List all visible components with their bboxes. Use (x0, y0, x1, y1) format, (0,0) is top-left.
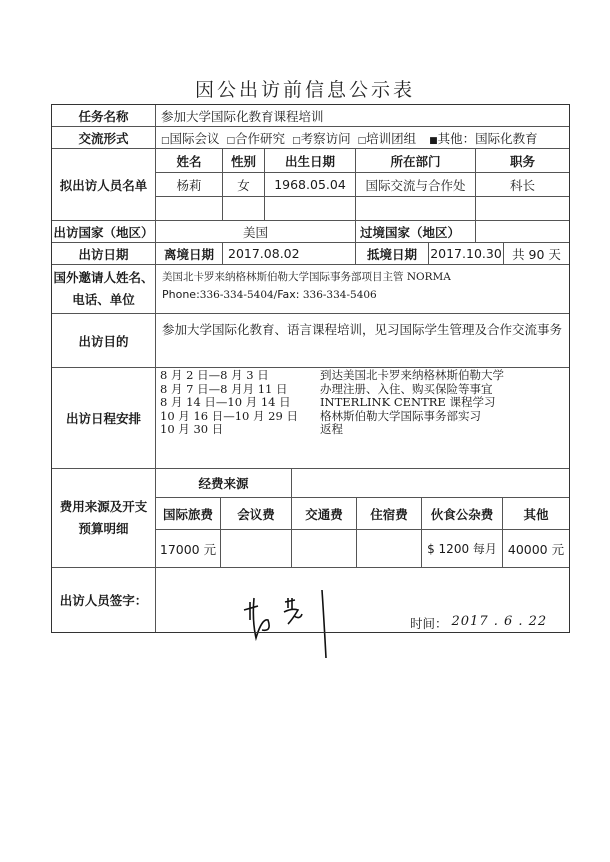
schedule-item: 8 月 7 日—8 月月 11 日办理注册、入住、购买保险等事宜 (160, 383, 504, 397)
schedule-item: 10 月 30 日 返程 (160, 423, 504, 437)
budget-value-lodging (356, 529, 422, 568)
signature-label: 出访人员签字： (51, 567, 156, 633)
budget-header-conference: 会议费 (220, 497, 292, 530)
person-birthdate-empty (264, 196, 356, 221)
return-date-label: 抵境日期 (355, 242, 429, 265)
exchange-form-label: 交流形式 (51, 126, 156, 149)
purpose-label: 出访目的 (51, 313, 156, 368)
person-name-empty (155, 196, 223, 221)
budget-value-intl-travel: 17000 元 (155, 529, 221, 568)
person-gender: 女 (222, 172, 265, 197)
task-name-value: 参加大学国际化教育课程培训 (155, 104, 570, 127)
budget-value-meals: $ 1200 每月 (421, 529, 503, 568)
exchange-form-options: □国际会议 □合作研究 □考察访问 □培训团组 ■其他：国际化教育 (155, 126, 570, 149)
col-header-birthdate: 出生日期 (264, 148, 356, 173)
checkbox-checked-icon[interactable]: ■ (429, 136, 438, 146)
page-title: 因公出访前信息公示表 (0, 75, 610, 102)
person-gender-empty (222, 196, 265, 221)
departure-date-label: 离境日期 (155, 242, 223, 265)
budget-label: 费用来源及开支 预算明细 (51, 468, 156, 568)
budget-value-other: 40000 元 (502, 529, 570, 568)
inviter-phone-fax: Phone:336-334-5404/Fax: 336-334-5406 (162, 286, 377, 304)
schedule-list: 8 月 2 日—8 月 3 日到达美国北卡罗来纳格林斯伯勒大学 8 月 7 日—… (160, 369, 504, 437)
option-cooperative-research[interactable]: □合作研究 (227, 129, 286, 147)
option-training-group[interactable]: □培训团组 (358, 129, 417, 147)
schedule-label: 出访日程安排 (51, 367, 156, 469)
person-name: 杨莉 (155, 172, 223, 197)
destination-country-label: 出访国家（地区） (51, 220, 156, 243)
person-position: 科长 (475, 172, 570, 197)
person-birthdate: 1968.05.04 (264, 172, 356, 197)
inviter-name-org: 美国北卡罗来纳格林斯伯勒大学国际事务部项目主管 NORMA (162, 269, 451, 286)
personnel-label: 拟出访人员名单 (51, 148, 156, 221)
signature-time: 时间： 2017 . 6 . 22 (410, 614, 547, 632)
budget-header-lodging: 住宿费 (356, 497, 422, 530)
schedule-item: 8 月 14 日—10 月 14 日INTERLINK CENTRE 课程学习 (160, 396, 504, 410)
departure-date-value: 2017.08.02 (222, 242, 356, 265)
option-study-visit[interactable]: □考察访问 (292, 129, 351, 147)
purpose-value: 参加大学国际化教育、语言课程培训，见习国际学生管理及合作交流事务 (155, 313, 570, 368)
funding-source-value (291, 468, 570, 498)
option-international-conference[interactable]: □国际会议 (161, 129, 220, 147)
checkbox-empty-icon[interactable]: □ (292, 136, 301, 146)
person-department-empty (355, 196, 476, 221)
time-value: 2017 . 6 . 22 (452, 614, 548, 632)
checkbox-empty-icon[interactable]: □ (358, 136, 367, 146)
signature-stroke-icon (240, 580, 340, 660)
person-position-empty (475, 196, 570, 221)
destination-country-value: 美国 (155, 220, 356, 243)
checkbox-empty-icon[interactable]: □ (227, 136, 236, 146)
return-date-value: 2017.10.30 (428, 242, 504, 265)
budget-header-other: 其他 (502, 497, 570, 530)
budget-header-transport: 交通费 (291, 497, 357, 530)
time-label: 时间： (410, 614, 448, 632)
inviter-value: 美国北卡罗来纳格林斯伯勒大学国际事务部项目主管 NORMA Phone:336-… (155, 264, 570, 314)
handwritten-signature (240, 580, 340, 660)
inviter-label: 国外邀请人姓名、 电话、单位 (51, 264, 156, 314)
budget-header-meals: 伙食公杂费 (421, 497, 503, 530)
col-header-name: 姓名 (155, 148, 223, 173)
option-other[interactable]: ■其他：国际化教育 (429, 129, 538, 147)
budget-value-transport (291, 529, 357, 568)
total-days: 共 90 天 (503, 242, 570, 265)
col-header-position: 职务 (475, 148, 570, 173)
budget-value-conference (220, 529, 292, 568)
schedule-item: 8 月 2 日—8 月 3 日到达美国北卡罗来纳格林斯伯勒大学 (160, 369, 504, 383)
col-header-department: 所在部门 (355, 148, 476, 173)
transit-country-value (475, 220, 570, 243)
budget-header-intl-travel: 国际旅费 (155, 497, 221, 530)
funding-source-label: 经费来源 (155, 468, 292, 498)
transit-country-label: 过境国家（地区） (355, 220, 476, 243)
person-department: 国际交流与合作处 (355, 172, 476, 197)
visit-dates-label: 出访日期 (51, 242, 156, 265)
col-header-gender: 性别 (222, 148, 265, 173)
checkbox-empty-icon[interactable]: □ (161, 136, 170, 146)
schedule-item: 10 月 16 日—10 月 29 日格林斯伯勒大学国际事务部实习 (160, 410, 504, 424)
task-name-label: 任务名称 (51, 104, 156, 127)
